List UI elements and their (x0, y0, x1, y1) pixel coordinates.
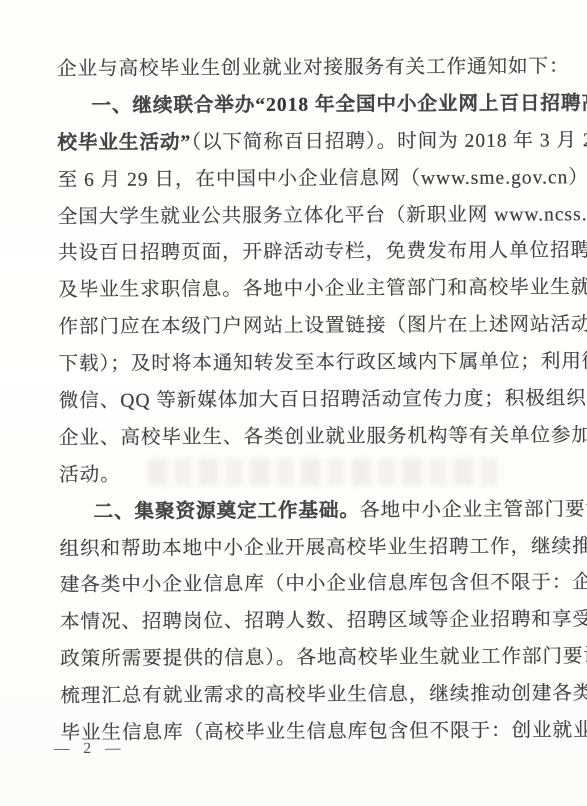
text-line: 微信、QQ 等新媒体加大百日招聘活动宣传力度；积极组织中小 (59, 382, 536, 421)
line-text: 活动。 (59, 464, 121, 485)
document-body: 企业与高校毕业生创业就业对接服务有关工作通知如下：一、继续联合举办“2018 年… (57, 50, 538, 753)
line-text: 作部门应在本级门户网站上设置链接（图片在上述网站活动专栏 (58, 314, 587, 338)
text-line: 下载）；及时将本通知转发至本行政区域内下属单位；利用微博、 (59, 345, 536, 384)
text-line: 毕业生信息库（高校毕业生信息库包含但不限于：创业就业人员 (60, 714, 537, 753)
line-text: 政策所需要提供的信息）。各地高校毕业生就业工作部门要认真 (60, 646, 587, 670)
page-number: — 2 — (54, 740, 126, 758)
text-line: 校毕业生活动”（以下简称百日招聘）。时间为 2018 年 3 月 22 日 (57, 123, 534, 162)
text-line: 至 6 月 29 日，在中国中小企业信息网（www.sme.gov.cn）和 (58, 160, 535, 199)
text-line: 共设百日招聘页面，开辟活动专栏，免费发布用人单位招聘信息 (58, 234, 535, 273)
line-text: 下载）；及时将本通知转发至本行政区域内下属单位；利用微博、 (59, 351, 587, 375)
text-line: 一、继续联合举办“2018 年全国中小企业网上百日招聘高 (57, 86, 534, 125)
text-line: 作部门应在本级门户网站上设置链接（图片在上述网站活动专栏 (58, 308, 535, 347)
line-text: 各地中小企业主管部门要认真 (360, 499, 587, 521)
line-text: 企业、高校毕业生、各类创业就业服务机构等有关单位参加招聘 (59, 425, 587, 449)
text-line: 活动。 (59, 455, 536, 494)
text-line: 建各类中小企业信息库（中小企业信息库包含但不限于：企业基 (60, 566, 537, 605)
line-text: 毕业生信息库（高校毕业生信息库包含但不限于：创业就业人员 (61, 720, 587, 744)
scanned-document-page: 企业与高校毕业生创业就业对接服务有关工作通知如下：一、继续联合举办“2018 年… (0, 0, 587, 806)
text-line: 组织和帮助本地中小企业开展高校毕业生招聘工作，继续推动创 (60, 529, 537, 568)
line-bold-text: 校毕业生活动” (57, 132, 191, 154)
line-text: （以下简称百日招聘）。时间为 2018 年 3 月 22 日 (191, 130, 587, 153)
text-line: 企业与高校毕业生创业就业对接服务有关工作通知如下： (57, 50, 534, 89)
line-text: 共设百日招聘页面，开辟活动专栏，免费发布用人单位招聘信息 (58, 240, 587, 264)
text-line: 及毕业生求职信息。各地中小企业主管部门和高校毕业生就业工 (58, 271, 535, 310)
line-text: 全国大学生就业公共服务立体化平台（新职业网 www.ncss.cn） (58, 204, 587, 228)
line-text: 组织和帮助本地中小企业开展高校毕业生招聘工作，继续推动创 (60, 536, 587, 560)
line-text: 建各类中小企业信息库（中小企业信息库包含但不限于：企业基 (60, 572, 587, 596)
text-line: 政策所需要提供的信息）。各地高校毕业生就业工作部门要认真 (60, 640, 537, 679)
line-text: 梳理汇总有就业需求的高校毕业生信息，继续推动创建各类高校 (60, 683, 587, 707)
line-text: 及毕业生求职信息。各地中小企业主管部门和高校毕业生就业工 (58, 277, 587, 301)
line-text: 本情况、招聘岗位、招聘人数、招聘区域等企业招聘和享受优惠 (60, 609, 587, 633)
line-text: 企业与高校毕业生创业就业对接服务有关工作通知如下： (57, 56, 570, 80)
text-line: 企业、高校毕业生、各类创业就业服务机构等有关单位参加招聘 (59, 418, 536, 457)
text-line: 二、集聚资源奠定工作基础。各地中小企业主管部门要认真 (59, 492, 536, 531)
line-text: 微信、QQ 等新媒体加大百日招聘活动宣传力度；积极组织中小 (59, 388, 587, 412)
text-line: 全国大学生就业公共服务立体化平台（新职业网 www.ncss.cn） (58, 197, 535, 236)
line-bold-text: 二、集聚资源奠定工作基础。 (93, 500, 360, 522)
line-text: 至 6 月 29 日，在中国中小企业信息网（www.sme.gov.cn）和 (58, 167, 587, 191)
text-line: 梳理汇总有就业需求的高校毕业生信息，继续推动创建各类高校 (60, 677, 537, 716)
line-bold-text: 一、继续联合举办“2018 年全国中小企业网上百日招聘高 (91, 93, 587, 117)
text-line: 本情况、招聘岗位、招聘人数、招聘区域等企业招聘和享受优惠 (60, 603, 537, 642)
